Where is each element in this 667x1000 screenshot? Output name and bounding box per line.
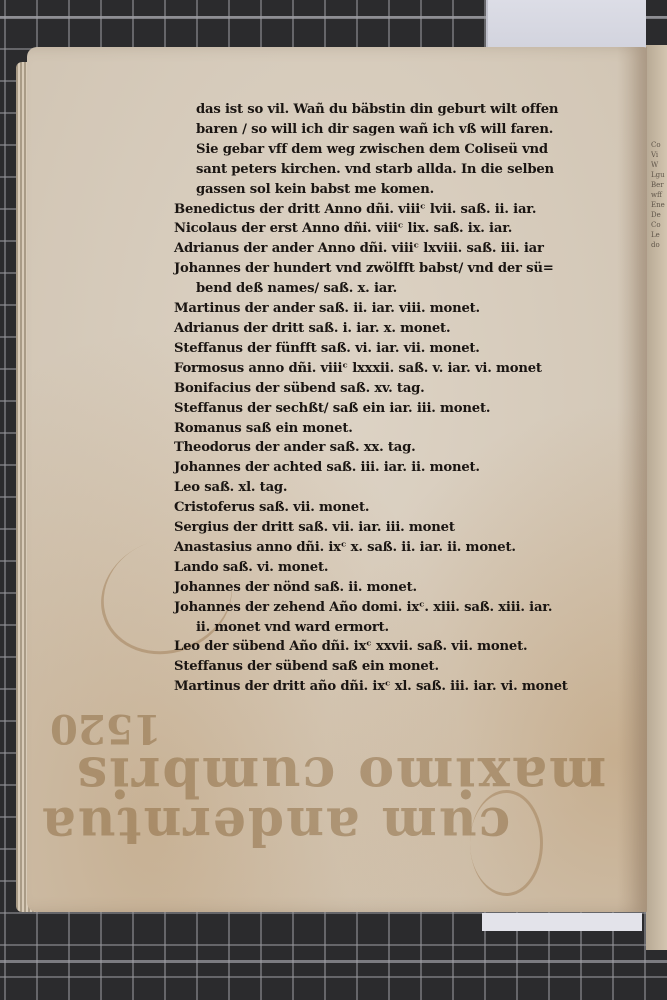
facing-text-fragment: Lgu [651, 170, 667, 180]
text-line: Leo saß. xl. tag. [174, 478, 584, 498]
paper-slip-bottom [482, 913, 642, 931]
text-line: gassen sol kein babst me komen. [174, 180, 584, 200]
mat-grid-line [0, 960, 667, 963]
facing-text-fragment: Vi [651, 150, 667, 160]
text-line: Leo der sübend Año dñi. ixᶜ xxvii. saß. … [174, 637, 584, 657]
text-line: Steffanus der sübend saß ein monet. [174, 657, 584, 677]
facing-page-text: CoViWLguBerwffEneDeCoLedo [651, 140, 667, 250]
text-line: Benedictus der dritt Anno dñi. viiiᶜ lvi… [174, 200, 584, 220]
gutter-shadow [617, 47, 647, 912]
text-line: bend deß names/ saß. x. iar. [174, 279, 584, 299]
text-line: Adrianus der ander Anno dñi. viiiᶜ lxvii… [174, 239, 584, 259]
text-line: Sie gebar vff dem weg zwischen dem Colis… [174, 140, 584, 160]
text-line: Johannes der nönd saß. ii. monet. [174, 578, 584, 598]
text-line: Adrianus der dritt saß. i. iar. x. monet… [174, 319, 584, 339]
text-line: das ist so vil. Wañ du bäbstin din gebur… [174, 100, 584, 120]
text-line: ii. monet vnd ward ermort. [174, 618, 584, 638]
text-line: Steffanus der sechßt/ saß ein iar. iii. … [174, 399, 584, 419]
text-line: Lando saß. vi. monet. [174, 558, 584, 578]
facing-text-fragment: De [651, 210, 667, 220]
printed-text-block: das ist so vil. Wañ du bäbstin din gebur… [174, 100, 584, 697]
text-line: Johannes der zehend Año domi. ixᶜ. xiii.… [174, 598, 584, 618]
facing-text-fragment: Co [651, 220, 667, 230]
facing-text-fragment: Co [651, 140, 667, 150]
text-line: Steffanus der fünfft saß. vi. iar. vii. … [174, 339, 584, 359]
facing-text-fragment: Ene [651, 200, 667, 210]
text-line: Martinus der dritt año dñi. ixᶜ xl. saß.… [174, 677, 584, 697]
facing-text-fragment: wff [651, 190, 667, 200]
text-line: Anastasius anno dñi. ixᶜ x. saß. ii. iar… [174, 538, 584, 558]
text-line: Romanus saß ein monet. [174, 419, 584, 439]
text-line: Johannes der hundert vnd zwölfft babst/ … [174, 259, 584, 279]
bleed-through-line: cum anderntua [40, 795, 510, 856]
text-line: Sergius der dritt saß. vii. iar. iii. mo… [174, 518, 584, 538]
text-line: Johannes der achted saß. iii. iar. ii. m… [174, 458, 584, 478]
facing-text-fragment: do [651, 240, 667, 250]
text-line: Theodorus der ander saß. xx. tag. [174, 438, 584, 458]
text-line: Martinus der ander saß. ii. iar. viii. m… [174, 299, 584, 319]
text-line: Cristoferus saß. vii. monet. [174, 498, 584, 518]
text-line: sant peters kirchen. vnd starb allda. In… [174, 160, 584, 180]
facing-text-fragment: Le [651, 230, 667, 240]
facing-text-fragment: Ber [651, 180, 667, 190]
text-line: Bonifacius der sübend saß. xv. tag. [174, 379, 584, 399]
facing-text-fragment: W [651, 160, 667, 170]
text-line: Formosus anno dñi. viiiᶜ lxxxii. saß. v.… [174, 359, 584, 379]
text-line: Nicolaus der erst Anno dñi. viiiᶜ lix. s… [174, 219, 584, 239]
text-line: baren / so will ich dir sagen wañ ich vß… [174, 120, 584, 140]
